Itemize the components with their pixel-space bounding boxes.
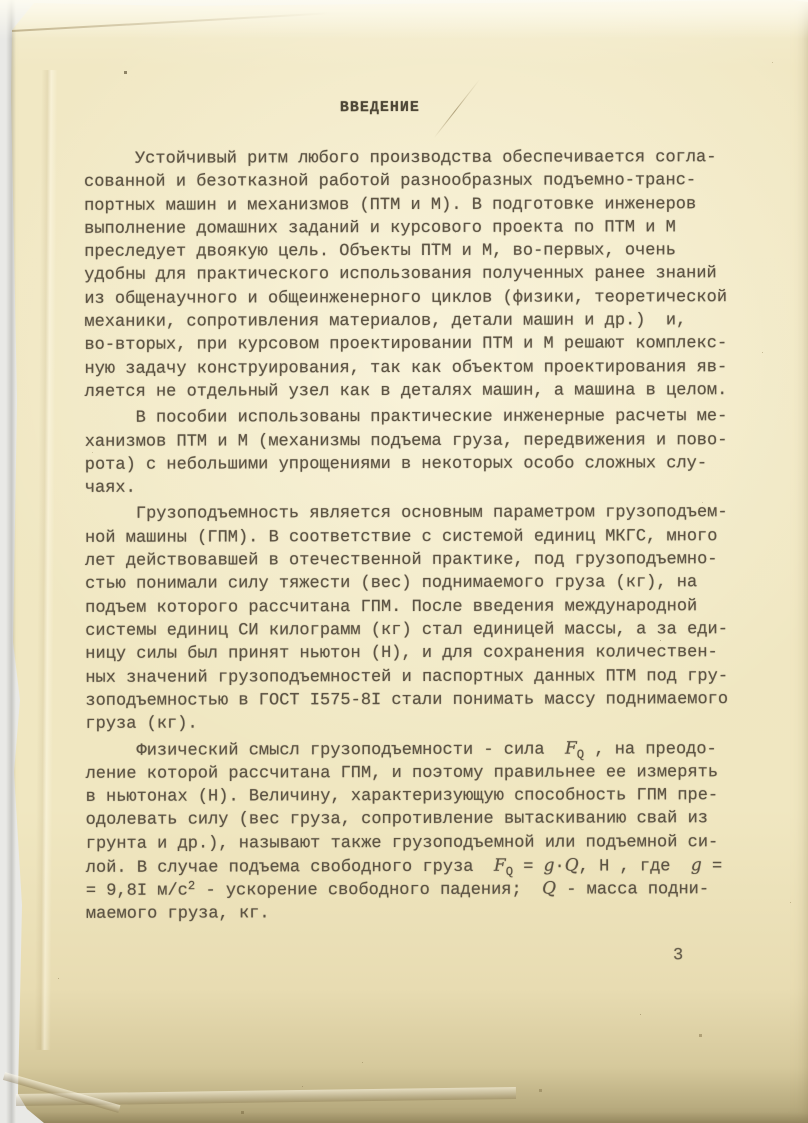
text-line: ляется не отдельный узел как в деталях м… (85, 379, 765, 404)
text-line: ление которой рассчитана ГПМ, и поэтому … (86, 761, 766, 786)
text-line: механики, сопротивления материалов, дета… (84, 309, 764, 334)
text-line: стью понимали силу тяжести (вес) поднима… (85, 571, 765, 596)
text-line: груза (кг). (85, 711, 765, 736)
text-line: Устойчивый ритм любого производства обес… (84, 146, 764, 171)
text-line: лет действовавшей в отечественной практи… (85, 548, 765, 573)
text-line: сованной и безотказной работой разнообра… (84, 169, 764, 194)
paragraph: Физический смысл грузоподъемности - сила… (85, 737, 765, 925)
text-line: ных значений грузоподъемностей и паспорт… (85, 665, 765, 690)
text-line: лой. В случае подъема свободного груза F… (86, 854, 766, 879)
text-line: ханизмов ПТМ и М (механизмы подъема груз… (85, 429, 765, 454)
text-line: = 9,8I м/с2 - ускорение свободного паден… (86, 877, 766, 902)
text-line: маемого груза, кг. (86, 901, 766, 926)
text-line: ницу силы был принят ньютон (Н), и для с… (85, 641, 765, 666)
typewritten-content: ВВЕДЕНИЕ Устойчивый ритм любого производ… (0, 0, 808, 1123)
text-line: преследует двоякую цель. Объекты ПТМ и М… (84, 239, 764, 264)
text-block: Устойчивый ритм любого производства обес… (84, 146, 766, 926)
text-line: рота) с небольшими упрощениями в некотор… (85, 452, 765, 477)
text-line: выполнение домашних заданий и курсового … (84, 216, 764, 241)
text-line: грунта и др.), называют также грузоподъе… (86, 831, 766, 856)
text-line: системы единиц СИ килограмм (кг) стал ед… (85, 618, 765, 643)
text-line: одолевать силу (вес груза, сопротивление… (86, 807, 766, 832)
text-line: чаях. (85, 475, 765, 500)
paragraph: Грузоподъемность является основным парам… (85, 502, 766, 737)
text-line: В пособии использованы практические инже… (85, 405, 765, 430)
paragraph: Устойчивый ритм любого производства обес… (84, 146, 765, 404)
text-line: ную задачу конструирования, так как объе… (84, 356, 764, 381)
text-line: во-вторых, при курсовом проектировании П… (84, 332, 764, 357)
text-line: ной машины (ГПМ). В соответствие с систе… (85, 525, 765, 550)
text-line: зоподъемностью в ГОСТ I575-8I стали пони… (85, 688, 765, 713)
text-line: удобны для практического использования п… (84, 263, 764, 288)
text-line: портных машин и механизмов (ПТМ и М). В … (84, 193, 764, 218)
paragraph: В пособии использованы практические инже… (85, 405, 765, 500)
page-title: ВВЕДЕНИЕ (340, 99, 420, 116)
text-line: Физический смысл грузоподъемности - сила… (85, 737, 765, 762)
text-line: Грузоподъемность является основным парам… (85, 502, 765, 527)
text-line: из общенаучного и общеинженерного циклов… (84, 286, 764, 311)
text-line: в ньютонах (Н). Величину, характеризующу… (86, 784, 766, 809)
text-line: подъем которого рассчитана ГПМ. После вв… (85, 595, 765, 620)
scanned-page: { "colors": { "paper": "#f0e7c1", "ink":… (0, 0, 808, 1123)
page-number: 3 (673, 946, 683, 965)
